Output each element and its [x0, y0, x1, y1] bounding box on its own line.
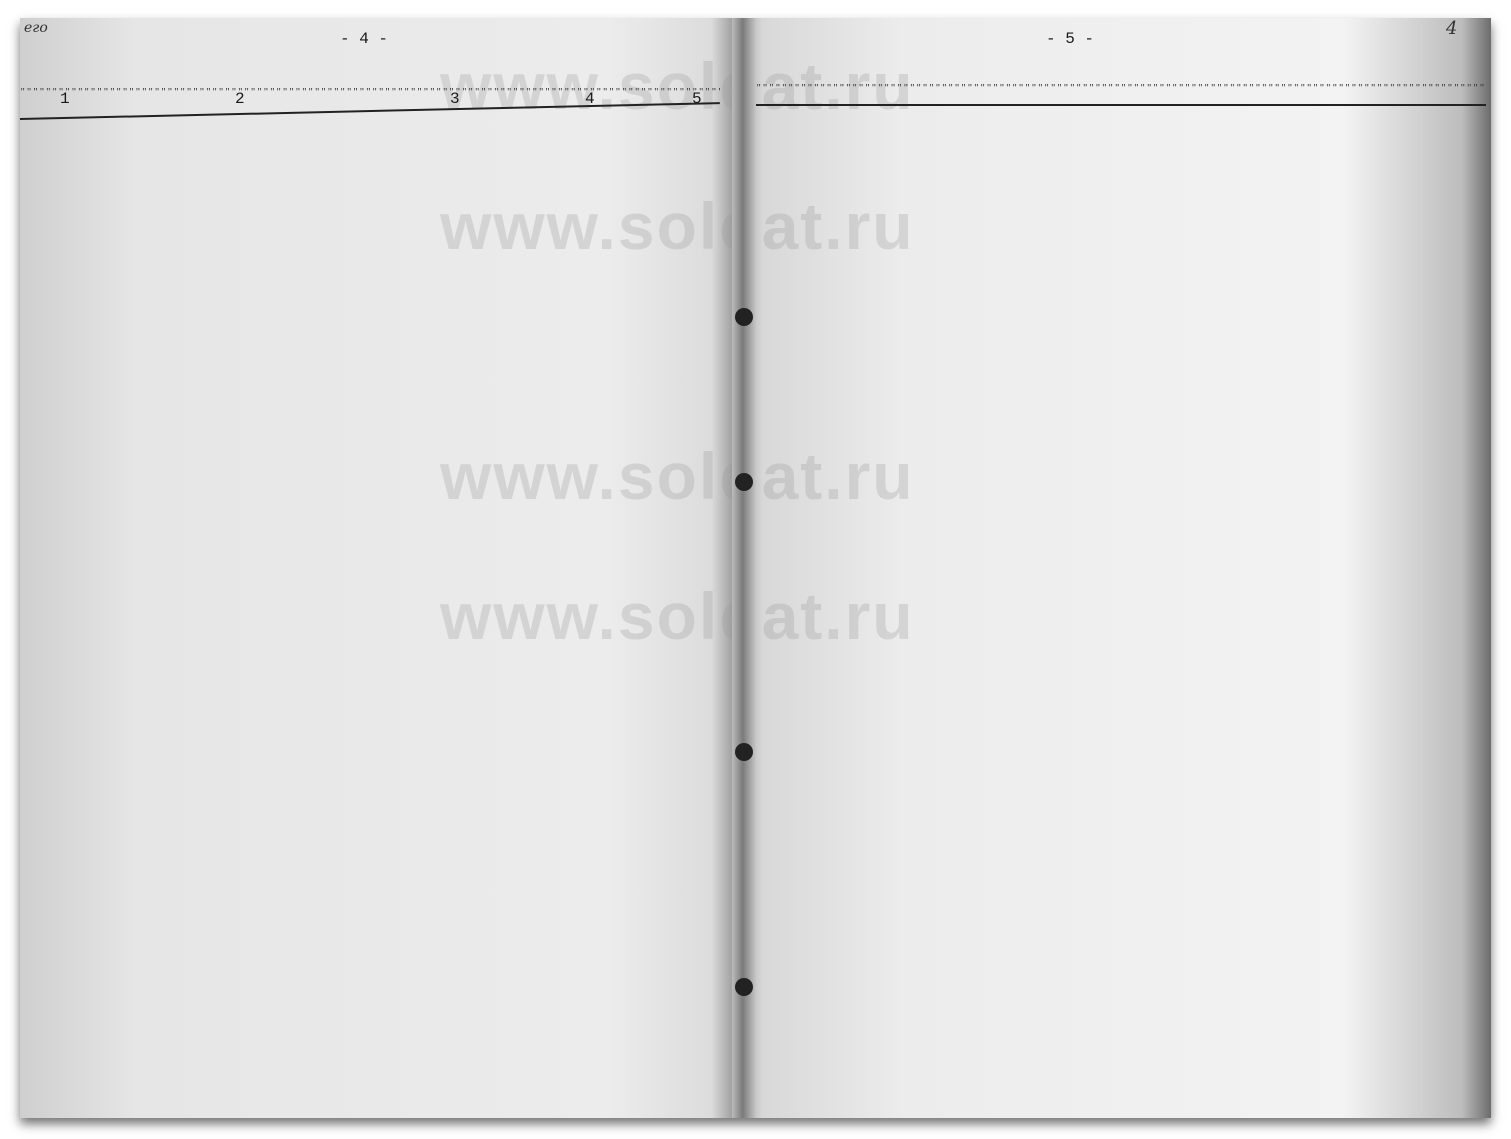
page-number: - 5 -	[1046, 30, 1094, 48]
page-number: - 4 -	[340, 30, 388, 48]
column-number: 1	[60, 90, 70, 108]
book-spine	[732, 18, 756, 1118]
column-number: 3	[450, 90, 460, 108]
page-4: его - 4 - """"""""""""""""""""""""""""""…	[20, 18, 732, 1118]
handwritten-note: 4	[1446, 18, 1457, 39]
header-rule	[20, 102, 720, 120]
dotted-rule: """"""""""""""""""""""""""""""""""""""""…	[20, 88, 720, 96]
handwritten-note: его	[24, 20, 48, 36]
column-number: 2	[235, 90, 245, 108]
page-5: 4 - 5 - """"""""""""""""""""""""""""""""…	[756, 18, 1491, 1118]
binding-hole	[735, 308, 753, 326]
binding-hole	[735, 978, 753, 996]
scanned-document: www.soldat.ru www.soldat.ru www.soldat.r…	[20, 18, 1491, 1118]
header-rule	[756, 104, 1486, 106]
binding-hole	[735, 743, 753, 761]
column-number: 5	[692, 90, 702, 108]
column-number: 4	[585, 90, 595, 108]
dotted-rule: """"""""""""""""""""""""""""""""""""""""…	[756, 84, 1486, 92]
binding-hole	[735, 473, 753, 491]
